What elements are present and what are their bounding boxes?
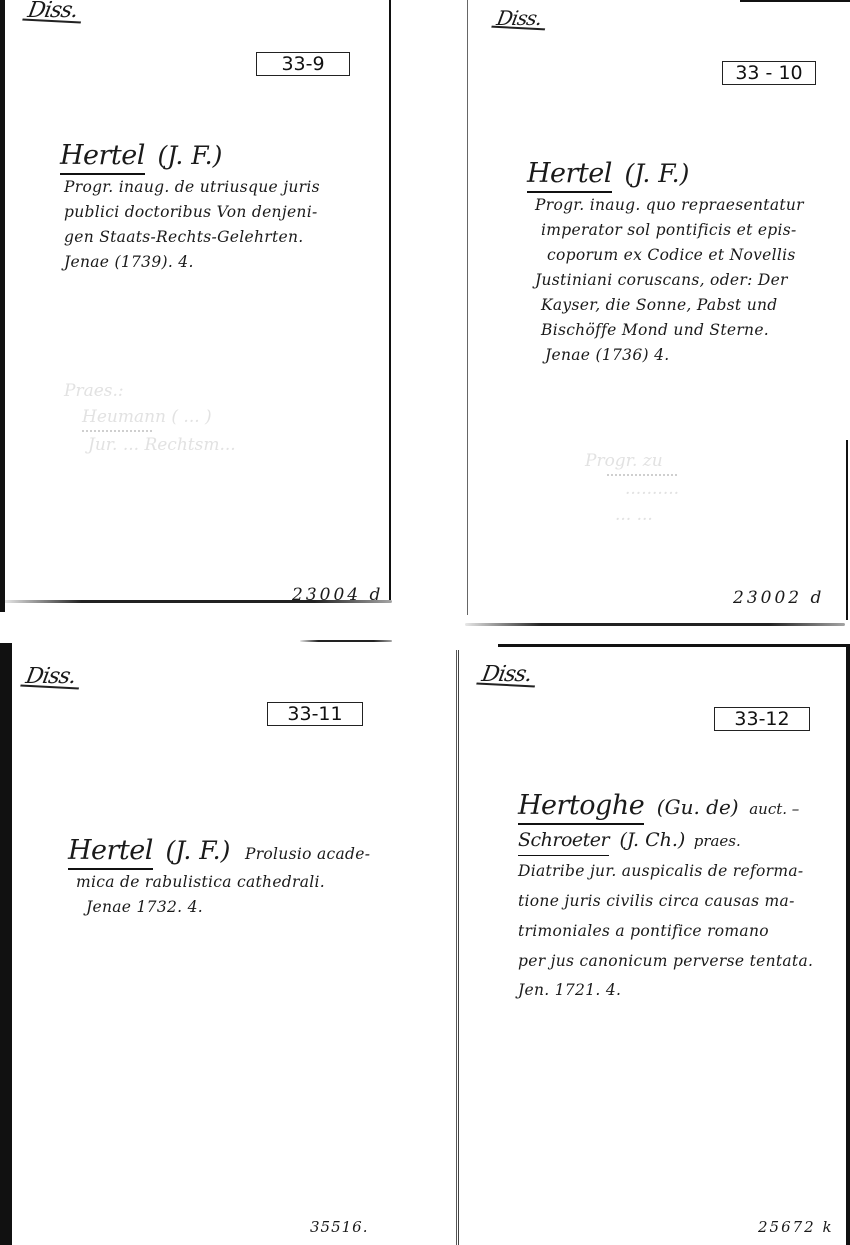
card-4-top-edge bbox=[498, 644, 850, 647]
faded-line: Jur. ... Rechtsm... bbox=[88, 432, 236, 458]
title-line: Progr. inaug. de utriusque juris bbox=[64, 175, 320, 200]
faded-line: Praes.: bbox=[64, 378, 236, 404]
catalog-entry: Hertel (J. F.) Progr. inaug. de utriusqu… bbox=[60, 140, 320, 275]
author-heading: Hertel (J. F.) bbox=[527, 158, 689, 193]
accession-number: 35516. bbox=[310, 1218, 369, 1236]
faded-annotation: Praes.: Heumann ( ... ) Jur. ... Rechtsm… bbox=[64, 378, 236, 458]
author-name: Hertel bbox=[527, 158, 612, 193]
accession-number: 23004 d bbox=[292, 585, 383, 605]
imprint-line: Jenae 1732. 4. bbox=[86, 895, 370, 920]
imprint-line: Jenae (1736) 4. bbox=[545, 343, 804, 368]
catalog-entry: Hertel (J. F.) Prolusio acade- mica de r… bbox=[68, 835, 370, 920]
title-line: per jus canonicum perverse tentata. bbox=[518, 946, 850, 976]
catalog-card-4: Diss. 33-12 Hertoghe (Gu. de) auct. – Sc… bbox=[458, 640, 850, 1245]
accession-number: 23002 d bbox=[733, 588, 824, 608]
author-initials: (J. F.) bbox=[625, 159, 690, 188]
author-name: Hertel bbox=[60, 140, 145, 175]
coauthor-role: praes. bbox=[694, 832, 741, 850]
title-line: trimoniales a pontifice romano bbox=[518, 916, 850, 946]
category-mark: Diss. bbox=[24, 664, 78, 689]
category-mark: Diss. bbox=[26, 0, 80, 23]
author-heading: Hertel (J. F.) Prolusio acade- bbox=[68, 835, 370, 870]
shelfmark-box: 33-11 bbox=[267, 702, 363, 726]
coauthor-heading: Schroeter (J. Ch.) praes. bbox=[518, 825, 741, 856]
title-line: publici doctoribus Von denjeni- bbox=[64, 200, 320, 225]
author-initials: (Gu. de) bbox=[657, 795, 739, 819]
title-line: Kayser, die Sonne, Pabst und bbox=[541, 293, 804, 318]
shelfmark-box: 33 - 10 bbox=[722, 61, 816, 85]
card-2-bottom-edge bbox=[465, 623, 845, 626]
coauthor-initials: (J. Ch.) bbox=[619, 829, 685, 851]
author-heading: Hertel (J. F.) bbox=[60, 140, 222, 175]
author-initials: (J. F.) bbox=[166, 836, 231, 865]
faded-line: ... ... bbox=[615, 502, 679, 528]
faded-line: .......... bbox=[625, 476, 679, 502]
catalog-card-3: Diss. 33-11 Hertel (J. F.) Prolusio acad… bbox=[0, 640, 460, 1245]
card-1-right-edge bbox=[389, 0, 391, 600]
card-1-left-edge bbox=[0, 0, 5, 612]
title-line: Bischöffe Mond und Sterne. bbox=[541, 318, 804, 343]
author-role: auct. – bbox=[749, 800, 799, 818]
catalog-entry: Hertoghe (Gu. de) auct. – Schroeter (J. … bbox=[518, 790, 850, 1004]
category-mark: Diss. bbox=[495, 6, 544, 30]
title-line: gen Staats-Rechts-Gelehrten. bbox=[64, 225, 320, 250]
card-3-right-edge bbox=[456, 650, 457, 1245]
author-name: Hertoghe bbox=[518, 790, 644, 825]
shelfmark-box: 33-12 bbox=[714, 707, 810, 731]
catalog-card-2: Diss. 33 - 10 Hertel (J. F.) Progr. inau… bbox=[465, 0, 850, 628]
faded-annotation: Progr. zu .......... ... ... bbox=[585, 448, 679, 528]
card-2-right-edge bbox=[846, 440, 848, 620]
shelfmark-box: 33-9 bbox=[256, 52, 350, 76]
title-line: Prolusio acade- bbox=[245, 845, 370, 863]
imprint-line: Jenae (1739). 4. bbox=[64, 250, 320, 275]
card-3-top-edge bbox=[300, 640, 392, 642]
card-2-top-edge bbox=[740, 0, 850, 2]
title-line: Diatribe jur. auspicalis de reforma- bbox=[518, 856, 850, 886]
title-line: imperator sol pontificis et epis- bbox=[541, 218, 804, 243]
title-line: tione juris civilis circa causas ma- bbox=[518, 886, 850, 916]
coauthor-name: Schroeter bbox=[518, 826, 609, 856]
card-3-left-edge bbox=[0, 643, 12, 1245]
author-name: Hertel bbox=[68, 835, 153, 870]
title-line: mica de rabulistica cathedrali. bbox=[76, 870, 370, 895]
title-line: Progr. inaug. quo repraesentatur bbox=[535, 193, 804, 218]
author-initials: (J. F.) bbox=[158, 141, 223, 170]
category-mark: Diss. bbox=[480, 662, 534, 687]
catalog-entry: Hertel (J. F.) Progr. inaug. quo repraes… bbox=[527, 158, 804, 368]
card-4-left-edge bbox=[458, 650, 459, 1245]
catalog-card-1: Diss. 33-9 Hertel (J. F.) Progr. inaug. … bbox=[0, 0, 392, 610]
faded-line: Heumann ( ... ) bbox=[82, 404, 236, 430]
title-line: Justiniani coruscans, oder: Der bbox=[535, 268, 804, 293]
imprint-line: Jen. 1721. 4. bbox=[518, 976, 850, 1004]
accession-number: 25672 k bbox=[758, 1218, 834, 1236]
author-heading: Hertoghe (Gu. de) auct. – bbox=[518, 790, 799, 825]
card-2-left-edge bbox=[467, 0, 468, 615]
title-line: coporum ex Codice et Novellis bbox=[547, 243, 804, 268]
